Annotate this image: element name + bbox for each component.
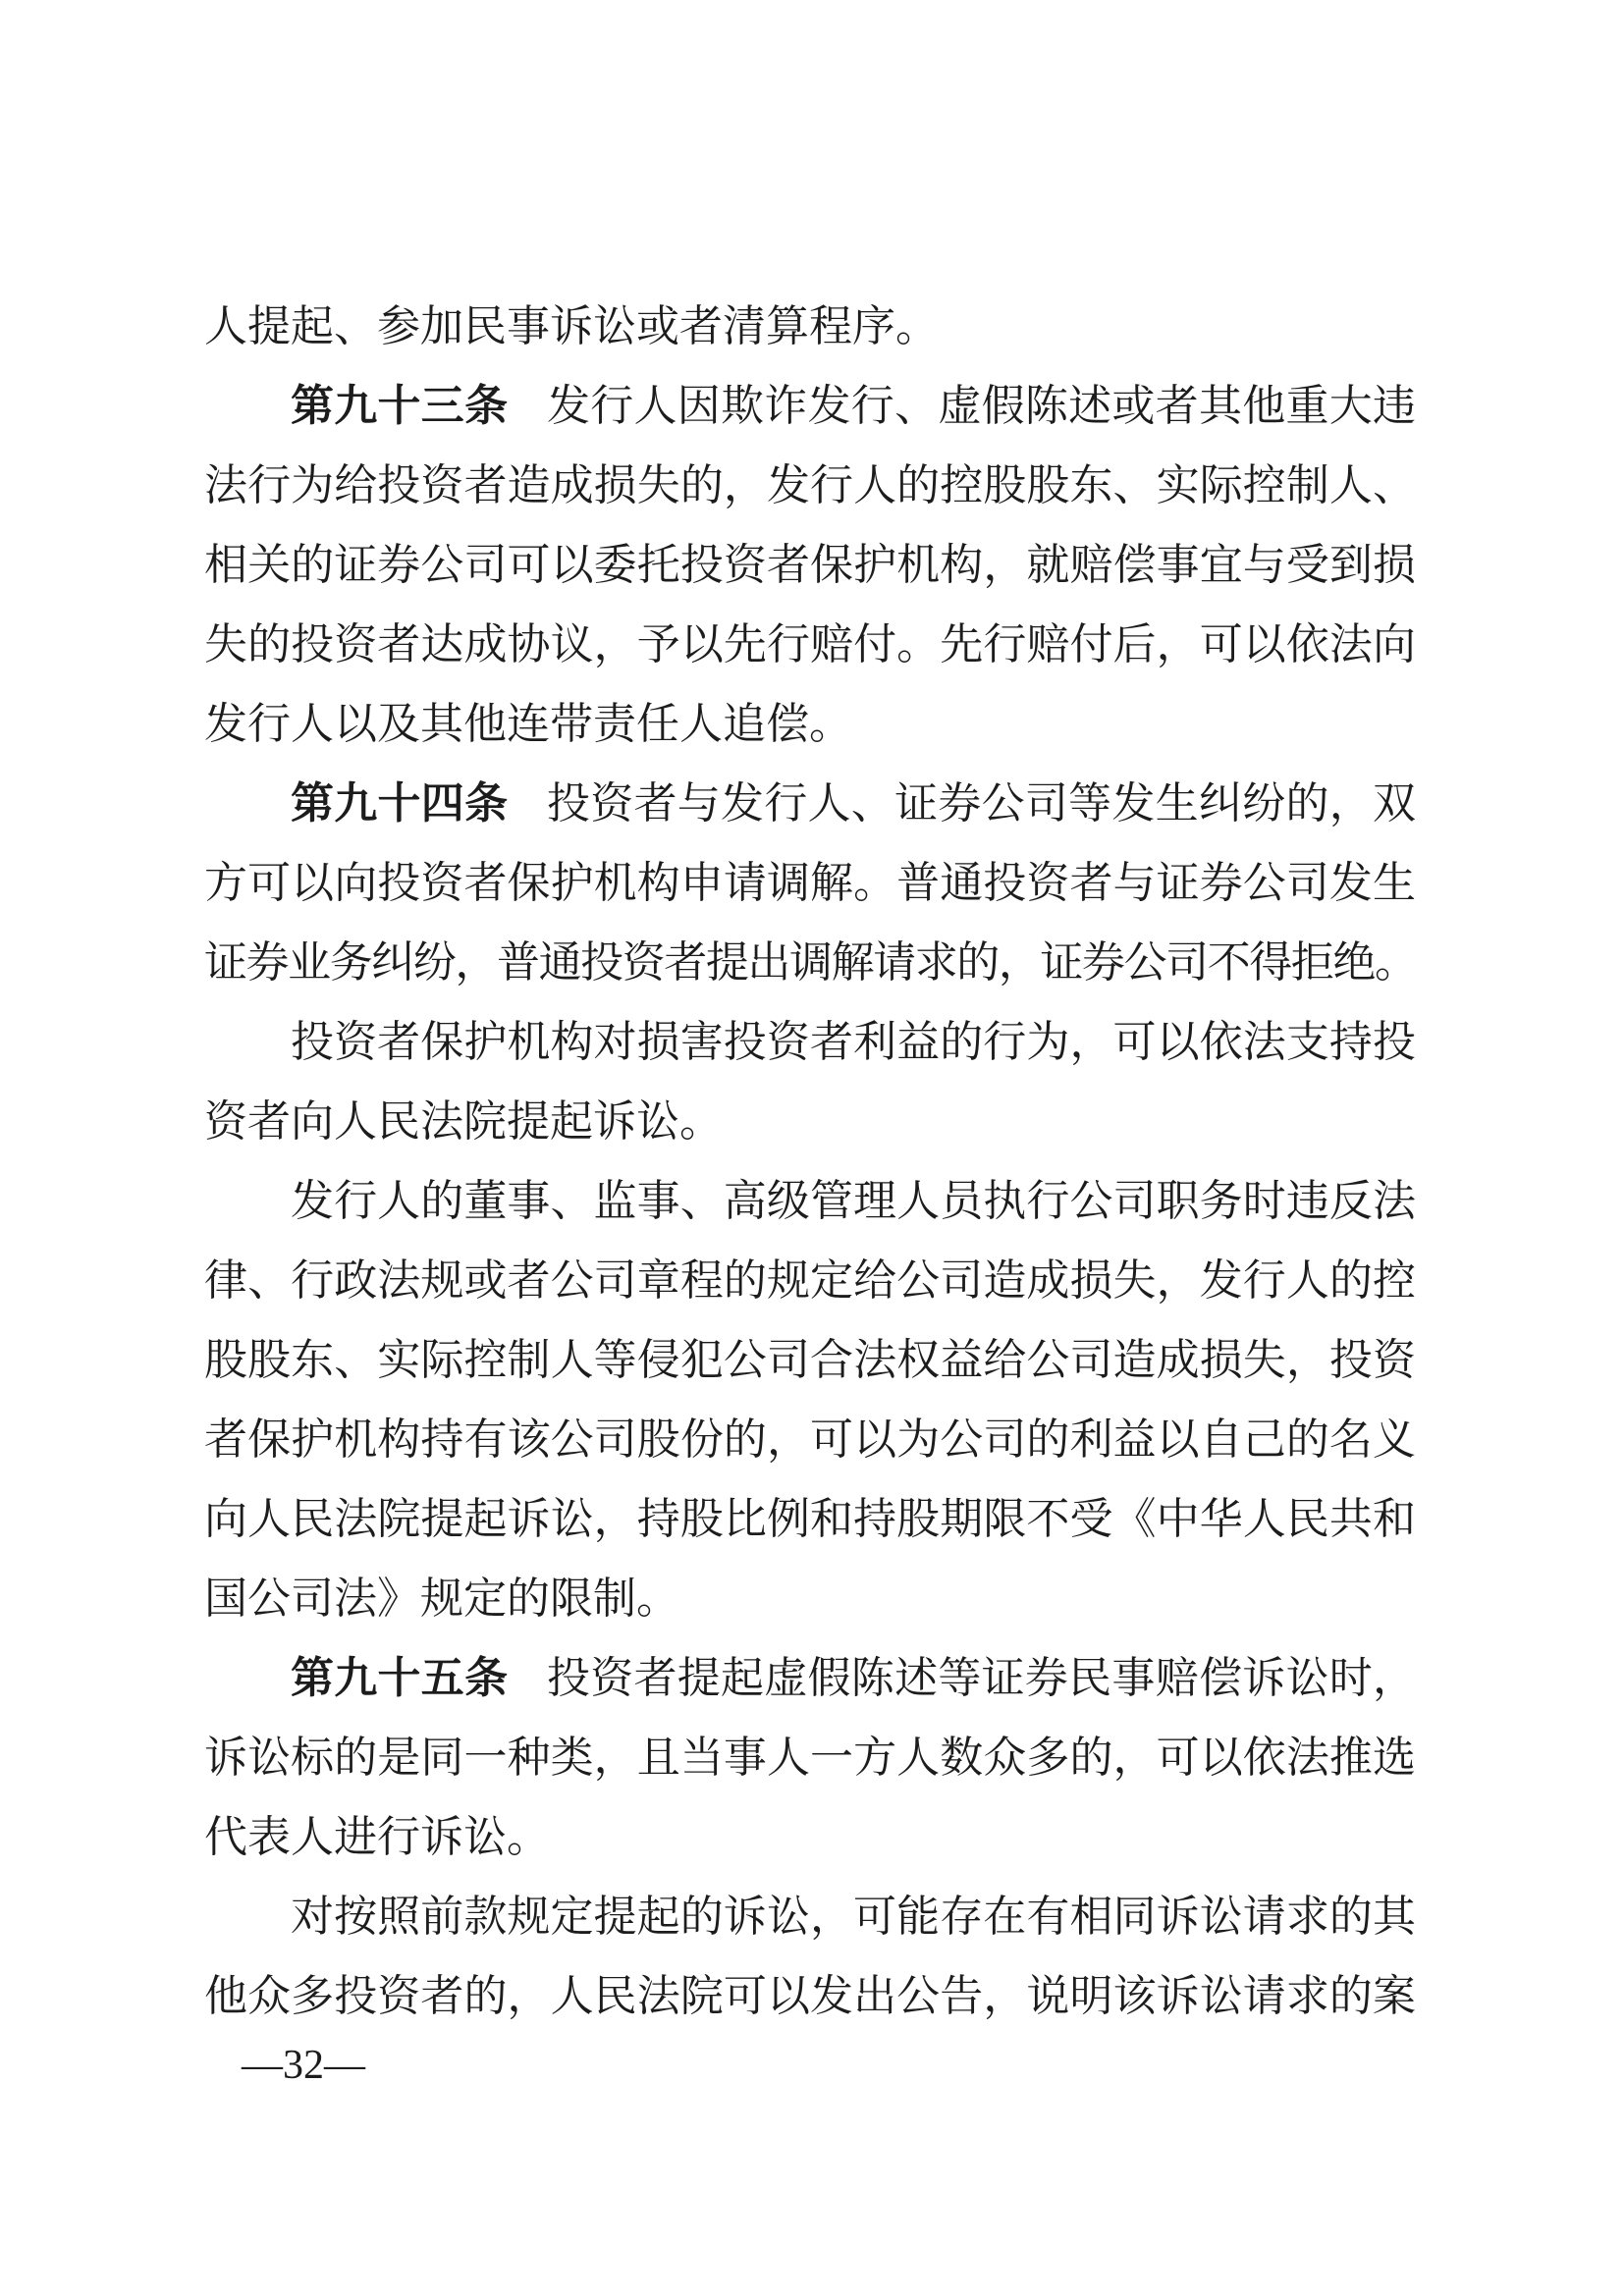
text-line: 国公司法》规定的限制。 [204, 1559, 1416, 1638]
text-line: 发行人以及其他连带责任人追偿。 [204, 684, 1416, 764]
article-number: 第九十五条 [291, 1654, 508, 1702]
page-number: —32— [242, 2044, 365, 2087]
text-line: 方可以向投资者保护机构申请调解。普通投资者与证券公司发生 [204, 843, 1416, 923]
article-number: 第九十三条 [291, 382, 508, 430]
article-number: 第九十四条 [291, 779, 508, 828]
text-line: 律、行政法规或者公司章程的规定给公司造成损失，发行人的控 [204, 1241, 1416, 1320]
text-line: 法行为给投资者造成损失的，发行人的控股股东、实际控制人、 [204, 446, 1416, 525]
text-line: 发行人的董事、监事、高级管理人员执行公司职务时违反法 [204, 1161, 1416, 1241]
text-block: 人提起、参加民事诉讼或者清算程序。 第九十三条发行人因欺诈发行、虚假陈述或者其他… [204, 287, 1416, 2036]
text-line: 股股东、实际控制人等侵犯公司合法权益给公司造成损失，投资 [204, 1320, 1416, 1400]
text-line-article-93: 第九十三条发行人因欺诈发行、虚假陈述或者其他重大违 [204, 366, 1416, 446]
document-page: 人提起、参加民事诉讼或者清算程序。 第九十三条发行人因欺诈发行、虚假陈述或者其他… [0, 0, 1624, 2296]
text-line-article-95: 第九十五条投资者提起虚假陈述等证券民事赔偿诉讼时， [204, 1638, 1416, 1718]
text-line: 向人民法院提起诉讼，持股比例和持股期限不受《中华人民共和 [204, 1479, 1416, 1559]
text-line: 资者向人民法院提起诉讼。 [204, 1082, 1416, 1161]
text-line: 诉讼标的是同一种类，且当事人一方人数众多的，可以依法推选 [204, 1718, 1416, 1797]
text-line: 对按照前款规定提起的诉讼，可能存在有相同诉讼请求的其 [204, 1877, 1416, 1956]
text-line: 代表人进行诉讼。 [204, 1797, 1416, 1877]
text-line-article-94: 第九十四条投资者与发行人、证券公司等发生纠纷的，双 [204, 764, 1416, 843]
article-body: 投资者提起虚假陈述等证券民事赔偿诉讼时， [547, 1654, 1416, 1702]
text-line: 相关的证券公司可以委托投资者保护机构，就赔偿事宜与受到损 [204, 525, 1416, 605]
article-body: 发行人因欺诈发行、虚假陈述或者其他重大违 [547, 382, 1416, 430]
text-line: 失的投资者达成协议，予以先行赔付。先行赔付后，可以依法向 [204, 605, 1416, 684]
article-body: 投资者与发行人、证券公司等发生纠纷的，双 [547, 779, 1416, 828]
text-line: 证券业务纠纷，普通投资者提出调解请求的，证券公司不得拒绝。 [204, 923, 1416, 1002]
text-line: 投资者保护机构对损害投资者利益的行为，可以依法支持投 [204, 1002, 1416, 1082]
text-line: 者保护机构持有该公司股份的，可以为公司的利益以自己的名义 [204, 1400, 1416, 1479]
text-line: 他众多投资者的，人民法院可以发出公告，说明该诉讼请求的案 [204, 1956, 1416, 2036]
text-line: 人提起、参加民事诉讼或者清算程序。 [204, 287, 1416, 366]
